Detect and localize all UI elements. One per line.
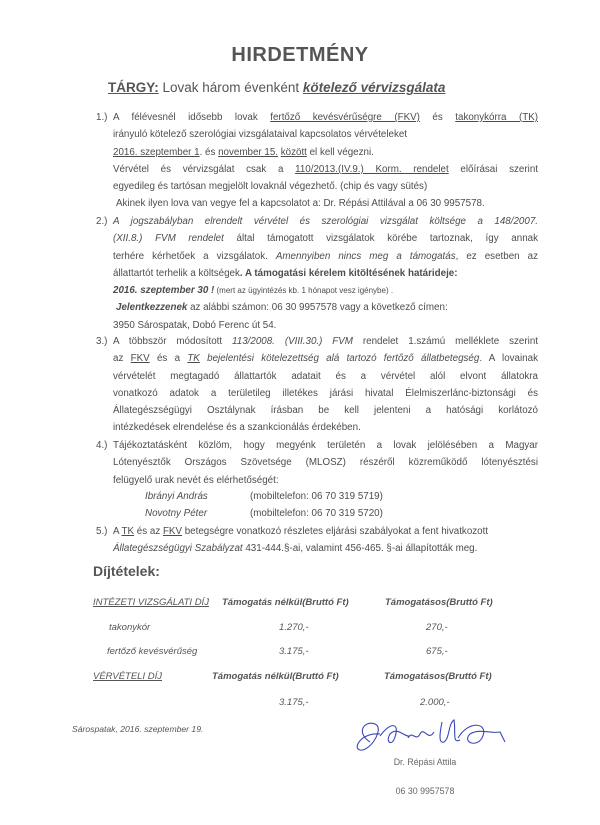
item-2-body: A jogszabályban elrendelt vérvétel és sz… [113, 213, 538, 334]
fee-row-name: fertőző kevésvérűség [107, 646, 197, 657]
fee-col-without-support: Támogatás nélkül(Bruttó Ft) [222, 597, 349, 608]
fee-row-with: 270,- [426, 622, 448, 633]
item-4-body: Tájékoztatásként közlöm, hogy megyénk te… [113, 437, 538, 489]
place-date: Sárospatak, 2016. szeptember 19. [72, 724, 203, 734]
signer-name: Dr. Répási Attila [370, 757, 480, 767]
item-5-body: A TK és az FKV betegségre vonatkozó rész… [113, 523, 538, 558]
fee-row-with: 2.000,- [420, 697, 450, 708]
item-3-body: A többször módosított 113/2008. (VIII.30… [113, 333, 538, 437]
item-1-body: A félévesnél idősebb lovak fertőző kevés… [113, 109, 538, 213]
subject-text: Lovak három évenként [159, 80, 303, 95]
fees-heading: Díjtételek: [93, 563, 160, 579]
fee-row-without: 3.175,- [279, 697, 309, 708]
item-4-number: 4.) [96, 437, 107, 454]
subject-label: TÁRGY: [108, 80, 159, 95]
fee-row-name: takonykór [109, 622, 150, 633]
fee-col-with-support: Támogatásos(Bruttó Ft) [384, 671, 492, 682]
contact-list: Ibrányi András(mobiltelefon: 06 70 319 5… [145, 488, 383, 523]
fee-col-with-support: Támogatásos(Bruttó Ft) [385, 597, 493, 608]
fee-section-label: INTÉZETI VIZSGÁLATI DÍJ [93, 597, 209, 608]
fee-row-without: 1.270,- [279, 622, 309, 633]
document-subject: TÁRGY: Lovak három évenként kötelező vér… [108, 80, 445, 95]
document-title: HIRDETMÉNY [0, 44, 600, 67]
fee-col-without-support: Támogatás nélkül(Bruttó Ft) [212, 671, 339, 682]
item-3-number: 3.) [96, 333, 107, 350]
contact-row: Ibrányi András(mobiltelefon: 06 70 319 5… [145, 488, 383, 505]
signer-phone: 06 30 9957578 [370, 786, 480, 796]
item-5-number: 5.) [96, 523, 107, 540]
fee-section-label: VÉRVÉTELI DÍJ [93, 671, 162, 682]
fee-row-without: 3.175,- [279, 646, 309, 657]
item-1-number: 1.) [96, 109, 107, 126]
item-2-number: 2.) [96, 213, 107, 230]
fee-row-with: 675,- [426, 646, 448, 657]
contact-row: Novotny Péter(mobiltelefon: 06 70 319 57… [145, 505, 383, 522]
subject-emphasis: kötelező vérvizsgálata [303, 80, 446, 95]
signature-icon [350, 712, 510, 762]
